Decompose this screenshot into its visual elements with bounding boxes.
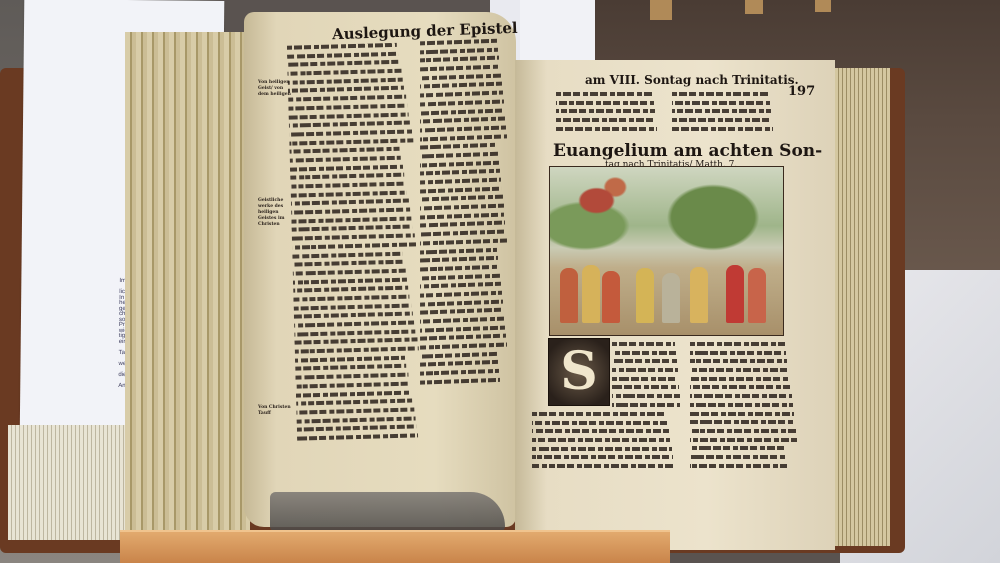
- text-line: [532, 453, 673, 462]
- text-line: [556, 107, 655, 116]
- text-line: [690, 418, 795, 427]
- margin-note: Von Christen Tauff: [258, 405, 292, 417]
- right-text-col1-bottom: [532, 410, 684, 480]
- text-line: [612, 375, 678, 384]
- woodcut-illustration: [549, 166, 784, 336]
- text-line: [297, 431, 418, 443]
- right-top-text-2: [672, 90, 782, 138]
- chair-back: [815, 0, 831, 12]
- page-number: 197: [788, 84, 815, 99]
- chair-back: [745, 0, 763, 14]
- left-text-column-2: [420, 36, 508, 449]
- left-text-column-1: [287, 40, 423, 448]
- text-line: [612, 383, 679, 392]
- text-line: [612, 349, 676, 358]
- text-line: [532, 445, 672, 454]
- text-line: [612, 401, 680, 410]
- text-line: [690, 357, 787, 366]
- right-top-text-1: [556, 90, 666, 138]
- text-line: [690, 349, 786, 358]
- gospel-title: Euangelium am achten Son-: [553, 141, 822, 161]
- text-line: [690, 340, 785, 349]
- text-line: [690, 444, 785, 453]
- text-line: [690, 410, 794, 419]
- text-line: [532, 410, 666, 419]
- text-line: [690, 366, 788, 375]
- text-line: [612, 366, 678, 375]
- text-line: [690, 401, 793, 410]
- page-edges-right: [835, 68, 890, 546]
- page-block-left: [125, 32, 250, 532]
- book-stand: [120, 530, 670, 563]
- margin-note: Von heiligen Geist/ von dem heiligen: [258, 80, 292, 98]
- text-line: [690, 383, 790, 392]
- text-line: [532, 427, 669, 436]
- text-line: [612, 392, 680, 401]
- right-text-col2: [690, 340, 798, 500]
- text-line: [556, 99, 654, 108]
- text-line: [420, 376, 500, 387]
- text-line: [690, 427, 796, 436]
- text-line: [612, 357, 677, 366]
- text-line: [690, 375, 789, 384]
- margin-note: Geistliche werke des heiligen Geistes im…: [258, 198, 292, 228]
- text-line: [532, 462, 675, 471]
- right-running-head: am VIII. Sontag nach Trinitatis.: [585, 73, 799, 87]
- curled-pages: [270, 492, 505, 532]
- text-line: [672, 125, 773, 134]
- text-line: [556, 125, 657, 134]
- text-line: [672, 107, 771, 116]
- text-line: [690, 462, 787, 471]
- text-line: [690, 453, 786, 462]
- text-line: [672, 99, 770, 108]
- text-line: [556, 90, 653, 99]
- chair-back: [650, 0, 672, 20]
- text-line: [612, 340, 675, 349]
- text-line: [672, 116, 772, 125]
- drop-cap: S: [548, 338, 610, 406]
- text-line: [672, 90, 769, 99]
- text-line: [532, 419, 667, 428]
- text-line: [556, 116, 656, 125]
- text-line: [532, 436, 670, 445]
- text-line: [690, 392, 792, 401]
- text-line: [690, 436, 797, 445]
